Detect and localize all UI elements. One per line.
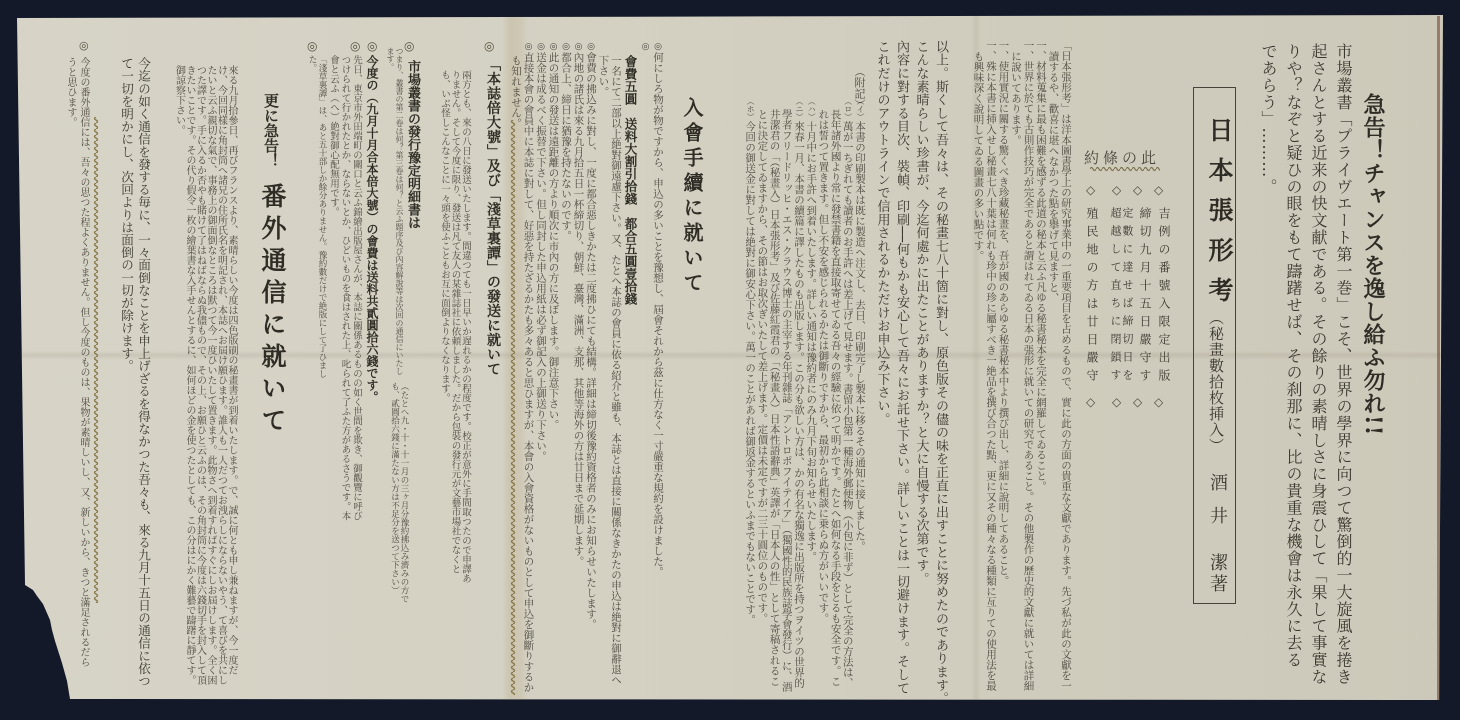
series-schedule-body: つまり、叢書の第二卷は何？第三卷は何？と云ふ題序及び內容解說等は次回の通信にいた… xyxy=(386,47,404,377)
fee-note: （たとへ九・十・十一月の三ヶ月分豫約拂込み濟みの方でも、貳圓拾六錢に滿たない方は… xyxy=(389,382,408,607)
membership-item: ◎都合上、締日に猶豫を持たないのです。 xyxy=(560,42,573,694)
series-schedule-heading: 市場叢書の發行豫定明細書は xyxy=(403,60,422,229)
text-column: 起さんとする近来の快文献である。その餘りの素晴しさに身震ひして「果して事實な xyxy=(1306,43,1331,685)
diamond-icon: ◇ xyxy=(1112,396,1121,408)
book-subtitle: （秘畫數拾枚挿入） xyxy=(1206,310,1227,454)
condition-item: 締切九月十五日嚴守す xyxy=(1137,207,1154,387)
wavy-rule-left xyxy=(93,117,99,603)
item-text: 此の通知の發送は遠距離の方より順次に市內の方に及ぼします。御注意下さい。 xyxy=(548,52,560,430)
diamond-icon: ◇ xyxy=(1133,396,1142,408)
extra-notice-prefix: 更に急告！ xyxy=(261,93,282,168)
item-marker: （ホ） xyxy=(746,97,755,121)
condition-item: 超越して直ちに閉鎖す xyxy=(1107,207,1123,387)
item-marker: （ロ） xyxy=(844,97,853,121)
note-item: （ロ）萬が一ちぎれても讀者のお手許へは差上げて見せます。書留小包第一種海外郵便物… xyxy=(817,97,854,693)
text-column: 今迄の如く通信を發する毎に、一々面倒なことを申上げざるを得なかつた吾々も、來る九… xyxy=(135,57,152,687)
bullseye-icon: ◎ xyxy=(367,40,377,52)
membership-item: ◎送金は成るべく振替で下さい。但し同封した申込用紙は必ず御記入の上御送り下さい。 xyxy=(535,42,548,694)
summary-paragraph: 以上。斯くして吾々は、その秘畫七八十箇に對し、原色版その儘の味を正直に出すことに… xyxy=(872,40,950,705)
note-item: （ホ）今回の御送金に對しては絶對に御安心下さい。萬一のことがあれば御返金するとい… xyxy=(744,97,756,693)
feature-item: 一、世界に於ても古則作技巧が完全であると謂はれてゐる日本の張形に就いての研究であ… xyxy=(1010,40,1035,695)
shipping-heading: 「本誌倍大號」及び「淺草裏譚」の發送に就いて xyxy=(483,57,503,376)
text-column: りや？なぞと疑ひの眼をもて躊躇せば、その刹那に、比の貴重な機會は永久に去る xyxy=(1281,43,1306,685)
note-item: （イ）本書の印刷製本は既に製造へ注文し、去日、印刷完了し製本に移るその通知に接し… xyxy=(854,97,866,693)
item-text: 來春一月、本書の續篇に譯したものも出版します。この分も欲しい方は、かの有名な獨逸… xyxy=(756,109,805,692)
item-marker: ◎ xyxy=(574,42,584,52)
text-column: こんな素晴らしい珍書が、今迄何處かに出たことがありますか？と大に自慢する次第です… xyxy=(911,40,931,705)
warning-body: 先日、東京市外田端町の關口と云ふ錦繪出版屋さんが、本誌に關係あるものの如く世間を… xyxy=(328,55,363,525)
bullseye-icon: ◎ xyxy=(350,40,360,52)
fee-heading: 今度の（九月十月合本倍大號）の會費は送料共貳圓拾六錢です。 xyxy=(364,55,381,403)
text-column: 以上。斯くして吾々は、その秘畫七八十箇に對し、原色版その儘の味を正直に出すことに… xyxy=(931,40,951,705)
condition-item: 吉例の番號入限定出版 xyxy=(1156,207,1173,387)
item-marker: （イ） xyxy=(856,97,865,121)
feature-item: 一、材料蒐集に最も困難を感ずる此道の秘本と云ふ凡ゆる秘書秘本を完全に網羅してゐる… xyxy=(1035,40,1048,695)
note-item: （ニ）來春一月、本書の續篇に譯したものも出版します。この分も欲しい方は、かの有名… xyxy=(756,97,805,693)
stock-notice: 「淺草裏譚」は、あと五十部しか餘分ありません。豫約數だけで絶版にして了ひました。 xyxy=(307,55,327,385)
bullseye-icon: ◎ xyxy=(307,40,317,52)
bullseye-icon: ◎ xyxy=(404,40,414,52)
item-text: 今回の御送金に對しては絶對に御安心下さい。萬一のことがあれば御返金するといふまで… xyxy=(744,121,756,625)
item-marker: ◎ xyxy=(561,42,571,52)
item-marker: （ハ） xyxy=(807,97,816,121)
membership-item: ◎直接本會の會員中に本誌に對して、好惡を持たざるかたも多々あると思ひますが、本會… xyxy=(510,42,535,694)
conditions-wavy-underline xyxy=(1090,166,1160,172)
item-text: 何にしろ物が物ですから、申込の多いことを豫想し、屆會それから茲に仕方なく一寸嚴重… xyxy=(652,52,664,577)
author-given-name: 潔著 xyxy=(1204,553,1230,595)
text-column: 市場叢書「プライヴエート第一巻」こそ、世界の學界に向つて驚倒的一大旋風を捲き xyxy=(1331,43,1356,685)
item-marker: ◎ xyxy=(549,42,559,52)
membership-item: ◎此の通知の發送は遠距離の方より順次に市內の方に及ぼします。御注意下さい。 xyxy=(547,42,560,694)
diamond-icon: ◇ xyxy=(1086,184,1095,196)
item-marker: ◎ xyxy=(586,42,596,52)
bullseye-icon: ◎ xyxy=(79,40,89,52)
extra-notice-body: 來る九月拾參日、再びフランスより、素晴らしい今度は四色版刷の秘畫書が到着いたしま… xyxy=(173,65,236,685)
item-text: 直接本會の會員中に本誌に對して、好惡を持たざるかたも多々あると思ひますが、本會の… xyxy=(510,52,535,693)
features-list: 「日本張形考」は洋本圖書學上の研究事業中の一重要項目を占めるもので、實に此の方面… xyxy=(972,40,1072,695)
item-text: 一名にて二部以上絶對御遠慮下さい。又、たとへ本誌の會員に依る紹介と雖も、本誌とは… xyxy=(598,55,623,685)
intro-paragraph: 市場叢書「プライヴエート第一巻」こそ、世界の學界に向つて驚倒的一大旋風を捲き起さ… xyxy=(1256,43,1356,685)
diamond-icon: ◇ xyxy=(1112,184,1121,196)
membership-heading: 入會手續に就いて xyxy=(678,97,707,297)
extra-notice-closing: 今迄の如く通信を發する毎に、一々面倒なことを申上げざるを得なかつた吾々も、來る九… xyxy=(118,57,152,687)
item-marker: ◎ xyxy=(653,42,663,52)
text-column: 內容に對する目次、裝幀、印刷──何もかも安心して吾々にお託せ下さい。詳しいことは… xyxy=(892,40,912,705)
item-marker: （ニ） xyxy=(795,97,804,121)
feature-item: 一、殊に本書に挿入せし秘畫七八十葉は何れも珍中の珍に屬すべき一絶品を撰び合つた點… xyxy=(972,40,997,695)
membership-item: ◎何にしろ物が物ですから、申込の多いことを豫想し、屆會それから茲に仕方なく一寸嚴… xyxy=(652,42,665,694)
item-text: 本書の印刷製本は既に製造へ注文し、去日、印刷完了し製本に移るその通知に接しました… xyxy=(854,121,866,552)
diamond-icon: ◇ xyxy=(1133,184,1142,196)
feature-item: 「日本張形考」は洋本圖書學上の研究事業中の一重要項目を占めるもので、實に此の方面… xyxy=(1047,40,1072,695)
text-column: これだけのアウトラインで信用されるかただけお申込み下さい。 xyxy=(872,40,892,705)
feature-item: 一、使用實況に關する驚くべき珍藏秘畫を、吾が國のあらゆる秘書秘本中より撰び出し、… xyxy=(997,40,1010,695)
text-column: て一切を明かにし、次回よりは面倒の一切が除けます。 xyxy=(118,57,135,687)
bullseye-icon: ◎ xyxy=(484,40,494,52)
shipping-body: 兩方とも、來の八日に發送いたします。間違つても一日早いか遅れるかの程度です。校正… xyxy=(439,70,471,590)
membership-item: ◎內地の諸氏は來る九月拾五日一杯締切り、朝鮮、臺灣、滿洲、支那、其他等海外の方は… xyxy=(572,42,585,694)
membership-item: ◎會費の拂込みに對し、一度に都合惡しきかたは二度拂ひにても結構。詳細は締切後豫約… xyxy=(585,42,598,694)
membership-list: ◎何にしろ物が物ですから、申込の多いことを豫想し、屆會それから茲に仕方なく一寸嚴… xyxy=(510,42,665,694)
extra-notice-heading: 番外通信に就いて xyxy=(254,183,290,439)
extra-quality-note: 今度の番外通信には、吾々の思つた程よくありません。但し今度のものは、果物が素晴し… xyxy=(64,57,90,672)
diamond-icon: ◇ xyxy=(1154,184,1163,196)
conditions-heading: 此の條約 xyxy=(1090,147,1160,168)
item-text: 會費の拂込みに對し、一度に都合惡しきかたは二度拂ひにても結構。詳細は締切後豫約資… xyxy=(585,52,597,630)
item-text: 都合上、締日に猶豫を持たないのです。 xyxy=(560,52,572,241)
notes-list: （イ）本書の印刷製本は既に製造へ注文し、去日、印刷完了し製本に移るその通知に接し… xyxy=(744,97,866,693)
book-title: 日本張形考 xyxy=(1201,117,1237,317)
text-column: であらう」………。 xyxy=(1256,43,1281,685)
item-text: 十月中にお手許へ到着いたします。詳しい通知は豫約者にのみ九月下旬お知らせいたしま… xyxy=(805,121,817,562)
diamond-icon: ◇ xyxy=(1086,396,1095,408)
membership-item: ◎會費五圓 送料大割引拾錢 都合五圓壹拾錢一名にて二部以上絶對御遠慮下さい。又、… xyxy=(597,42,652,694)
item-text: 送金は成るべく振替で下さい。但し同封した申込用紙は必ず御記入の上御送り下さい。 xyxy=(535,52,547,462)
item-marker: ◎ xyxy=(641,42,651,52)
item-marker: ◎ xyxy=(524,42,534,52)
note-item: （ハ）十月中にお手許へ到着いたします。詳しい通知は豫約者にのみ九月下旬お知らせい… xyxy=(805,97,817,693)
item-text: 內地の諸氏は來る九月拾五日一杯締切り、朝鮮、臺灣、滿洲、支那、其他等海外の方は廿… xyxy=(573,52,585,567)
item-text: 萬が一ちぎれても讀者のお手許へは差上げて見せます。書留小包第一種海外郵便物（小包… xyxy=(817,109,853,688)
item-marker: ◎ xyxy=(536,42,546,52)
book-title-box: 日本張形考 （秘畫數拾枚挿入） 酒井 潔著 xyxy=(1193,87,1236,604)
headline: 急告！チャンスを逸し給ふ勿れ!! xyxy=(1358,93,1389,436)
item-emphasis: 會費五圓 送料大割引拾錢 都合五圓壹拾錢 xyxy=(622,55,639,694)
author-surname: 酒井 xyxy=(1204,473,1230,539)
diamond-icon: ◇ xyxy=(1154,396,1163,408)
paper-edge-shadow xyxy=(1437,16,1440,700)
condition-item: 殖民地の方は廿日嚴守 xyxy=(1084,207,1101,387)
